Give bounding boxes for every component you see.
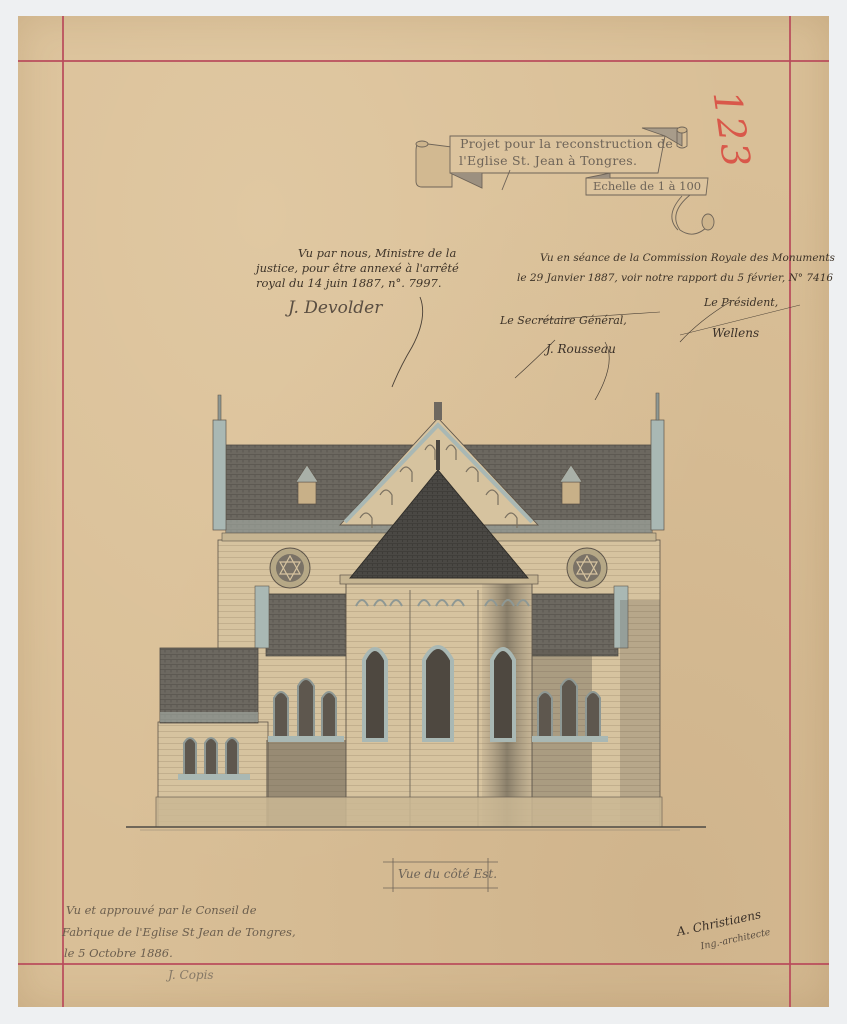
council-approval-line-3: le 5 Octobre 1886. xyxy=(64,946,173,960)
council-approval-line-2: Fabrique de l'Eglise St Jean de Tongres, xyxy=(62,925,296,939)
rose-window-right xyxy=(567,548,607,588)
council-signature: J. Copis xyxy=(168,968,214,982)
view-caption: Vue du côté Est. xyxy=(398,867,497,881)
council-approval-line-1: Vu et approuvé par le Conseil de xyxy=(66,903,257,917)
rose-window-left xyxy=(270,548,310,588)
